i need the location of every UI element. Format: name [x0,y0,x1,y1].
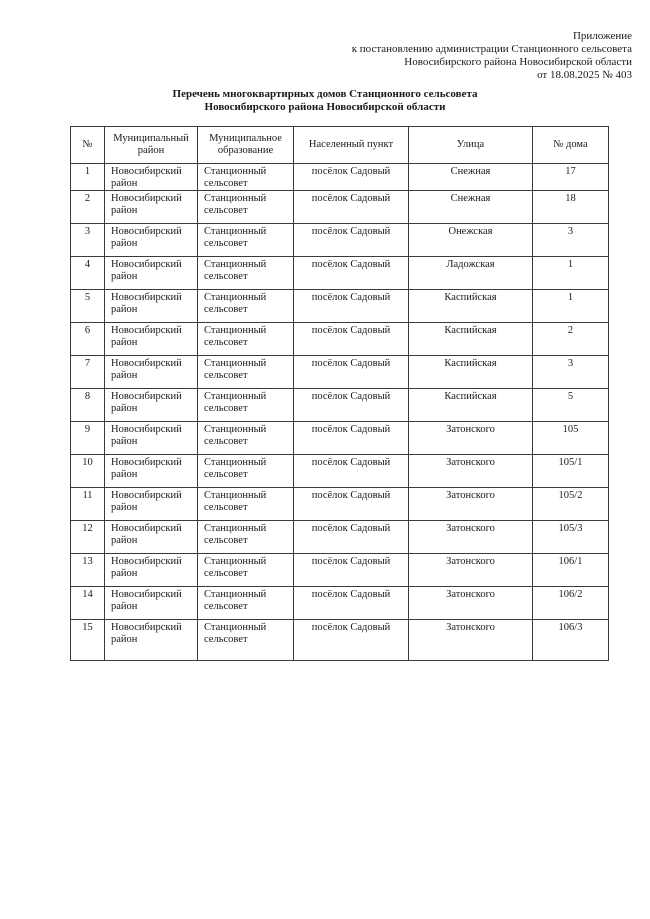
column-header-settlement: Населенный пункт [294,127,409,164]
house-number-cell: 105 [533,422,609,455]
settlement-cell: посёлок Садовый [294,422,409,455]
district-cell: Новосибирский район [105,356,198,389]
district-cell: Новосибирский район [105,257,198,290]
settlement-cell: посёлок Садовый [294,323,409,356]
row-number-cell: 7 [71,356,105,389]
document-title: Перечень многоквартирных домов Станционн… [0,88,650,114]
municipality-cell: Станционный сельсовет [198,620,294,661]
municipality-cell: Станционный сельсовет [198,191,294,224]
municipality-cell: Станционный сельсовет [198,587,294,620]
settlement-cell: посёлок Садовый [294,224,409,257]
house-number-cell: 106/2 [533,587,609,620]
row-number-cell: 13 [71,554,105,587]
house-number-cell: 5 [533,389,609,422]
table-row: 2Новосибирский районСтанционный сельсове… [71,191,609,224]
settlement-cell: посёлок Садовый [294,191,409,224]
municipality-cell: Станционный сельсовет [198,422,294,455]
row-number-cell: 11 [71,488,105,521]
street-cell: Каспийская [409,323,533,356]
settlement-cell: посёлок Садовый [294,620,409,661]
house-number-cell: 105/1 [533,455,609,488]
district-cell: Новосибирский район [105,422,198,455]
title-line-2: Новосибирского района Новосибирской обла… [0,101,650,114]
house-number-cell: 105/2 [533,488,609,521]
settlement-cell: посёлок Садовый [294,587,409,620]
municipality-cell: Станционный сельсовет [198,389,294,422]
row-number-cell: 6 [71,323,105,356]
district-cell: Новосибирский район [105,554,198,587]
settlement-cell: посёлок Садовый [294,554,409,587]
house-number-cell: 106/3 [533,620,609,661]
street-cell: Снежная [409,164,533,191]
column-header-number: № [71,127,105,164]
resolution-date-number: от 18.08.2025 № 403 [352,69,632,82]
table-row: 11Новосибирский районСтанционный сельсов… [71,488,609,521]
row-number-cell: 8 [71,389,105,422]
settlement-cell: посёлок Садовый [294,455,409,488]
district-cell: Новосибирский район [105,521,198,554]
district-cell: Новосибирский район [105,323,198,356]
table-row: 14Новосибирский районСтанционный сельсов… [71,587,609,620]
table-row: 9Новосибирский районСтанционный сельсове… [71,422,609,455]
table-header-row: № Муниципальный район Муниципальное обра… [71,127,609,164]
district-cell: Новосибирский район [105,224,198,257]
table-row: 7Новосибирский районСтанционный сельсове… [71,356,609,389]
table-row: 13Новосибирский районСтанционный сельсов… [71,554,609,587]
settlement-cell: посёлок Садовый [294,164,409,191]
appendix-header: Приложение к постановлению администрации… [352,30,632,82]
street-cell: Каспийская [409,290,533,323]
row-number-cell: 3 [71,224,105,257]
row-number-cell: 1 [71,164,105,191]
table-row: 4Новосибирский районСтанционный сельсове… [71,257,609,290]
settlement-cell: посёлок Садовый [294,290,409,323]
house-number-cell: 3 [533,224,609,257]
column-header-house-number: № дома [533,127,609,164]
street-cell: Затонского [409,488,533,521]
column-header-street: Улица [409,127,533,164]
column-header-municipality: Муниципальное образование [198,127,294,164]
municipality-cell: Станционный сельсовет [198,290,294,323]
row-number-cell: 2 [71,191,105,224]
street-cell: Каспийская [409,356,533,389]
appendix-label: Приложение [352,30,632,43]
street-cell: Затонского [409,455,533,488]
street-cell: Затонского [409,620,533,661]
district-cell: Новосибирский район [105,191,198,224]
district-cell: Новосибирский район [105,620,198,661]
title-line-1: Перечень многоквартирных домов Станционн… [0,88,650,101]
settlement-cell: посёлок Садовый [294,257,409,290]
district-cell: Новосибирский район [105,290,198,323]
row-number-cell: 15 [71,620,105,661]
street-cell: Снежная [409,191,533,224]
street-cell: Каспийская [409,389,533,422]
district-cell: Новосибирский район [105,488,198,521]
district-reference: Новосибирского района Новосибирской обла… [352,56,632,69]
street-cell: Онежская [409,224,533,257]
apartment-buildings-table: № Муниципальный район Муниципальное обра… [70,126,609,661]
table-row: 12Новосибирский районСтанционный сельсов… [71,521,609,554]
row-number-cell: 4 [71,257,105,290]
municipality-cell: Станционный сельсовет [198,521,294,554]
settlement-cell: посёлок Садовый [294,389,409,422]
street-cell: Затонского [409,422,533,455]
table-row: 6Новосибирский районСтанционный сельсове… [71,323,609,356]
row-number-cell: 5 [71,290,105,323]
settlement-cell: посёлок Садовый [294,488,409,521]
municipality-cell: Станционный сельсовет [198,323,294,356]
district-cell: Новосибирский район [105,587,198,620]
municipality-cell: Станционный сельсовет [198,554,294,587]
street-cell: Ладожская [409,257,533,290]
settlement-cell: посёлок Садовый [294,356,409,389]
table-row: 3Новосибирский районСтанционный сельсове… [71,224,609,257]
municipality-cell: Станционный сельсовет [198,257,294,290]
house-number-cell: 17 [533,164,609,191]
table-row: 5Новосибирский районСтанционный сельсове… [71,290,609,323]
row-number-cell: 9 [71,422,105,455]
house-number-cell: 1 [533,290,609,323]
district-cell: Новосибирский район [105,455,198,488]
table-row: 8Новосибирский районСтанционный сельсове… [71,389,609,422]
house-number-cell: 18 [533,191,609,224]
district-cell: Новосибирский район [105,164,198,191]
municipality-cell: Станционный сельсовет [198,164,294,191]
table-body: 1Новосибирский районСтанционный сельсове… [71,164,609,661]
municipality-cell: Станционный сельсовет [198,356,294,389]
table-row: 1Новосибирский районСтанционный сельсове… [71,164,609,191]
municipality-cell: Станционный сельсовет [198,224,294,257]
resolution-reference: к постановлению администрации Станционно… [352,43,632,56]
municipality-cell: Станционный сельсовет [198,455,294,488]
municipality-cell: Станционный сельсовет [198,488,294,521]
row-number-cell: 12 [71,521,105,554]
house-number-cell: 2 [533,323,609,356]
street-cell: Затонского [409,554,533,587]
table-row: 15Новосибирский районСтанционный сельсов… [71,620,609,661]
column-header-district: Муниципальный район [105,127,198,164]
street-cell: Затонского [409,521,533,554]
house-number-cell: 1 [533,257,609,290]
house-number-cell: 3 [533,356,609,389]
settlement-cell: посёлок Садовый [294,521,409,554]
row-number-cell: 14 [71,587,105,620]
house-number-cell: 106/1 [533,554,609,587]
house-number-cell: 105/3 [533,521,609,554]
district-cell: Новосибирский район [105,389,198,422]
table-row: 10Новосибирский районСтанционный сельсов… [71,455,609,488]
street-cell: Затонского [409,587,533,620]
row-number-cell: 10 [71,455,105,488]
